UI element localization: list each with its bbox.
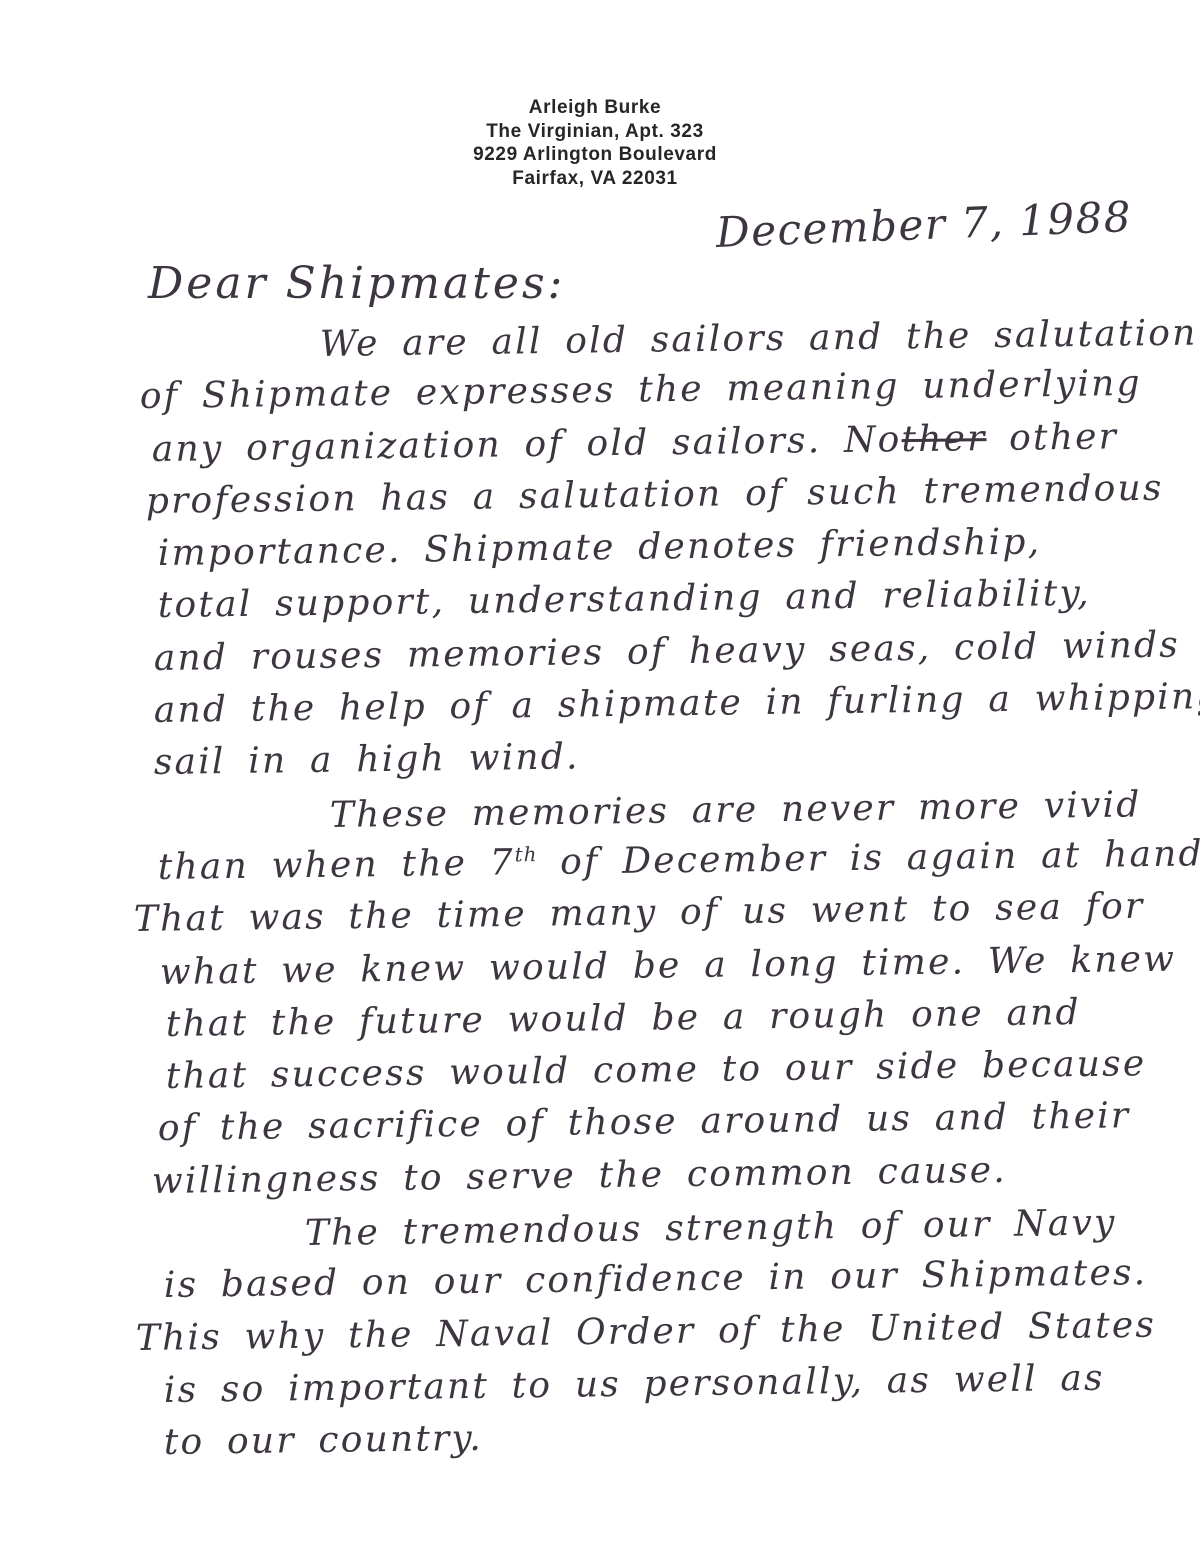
letter-body: We are all old sailors and the salutatio… [140, 324, 1140, 1475]
handwritten-line: sail in a high wind. [154, 729, 1141, 794]
ordinal-superscript: th [515, 843, 538, 866]
struck-word: ther [901, 418, 986, 460]
letterhead: Arleigh Burke The Virginian, Apt. 323 92… [0, 96, 1190, 190]
line-text-post: other [986, 416, 1118, 459]
letterhead-address-line2: 9229 Arlington Boulevard [0, 143, 1190, 167]
date-line: December 7, 1988 [715, 192, 1133, 257]
line-text-post: of December is again at hand. [537, 833, 1200, 883]
line-text-pre: than when the 7 [158, 842, 515, 888]
letter-page: Arleigh Burke The Virginian, Apt. 323 92… [0, 0, 1200, 1553]
letterhead-name: Arleigh Burke [0, 96, 1190, 120]
salutation: Dear Shipmates: [148, 258, 565, 309]
letterhead-address-line3: Fairfax, VA 22031 [0, 167, 1190, 191]
letterhead-address-line1: The Virginian, Apt. 323 [0, 120, 1190, 144]
handwritten-line: to our country. [164, 1409, 1141, 1474]
